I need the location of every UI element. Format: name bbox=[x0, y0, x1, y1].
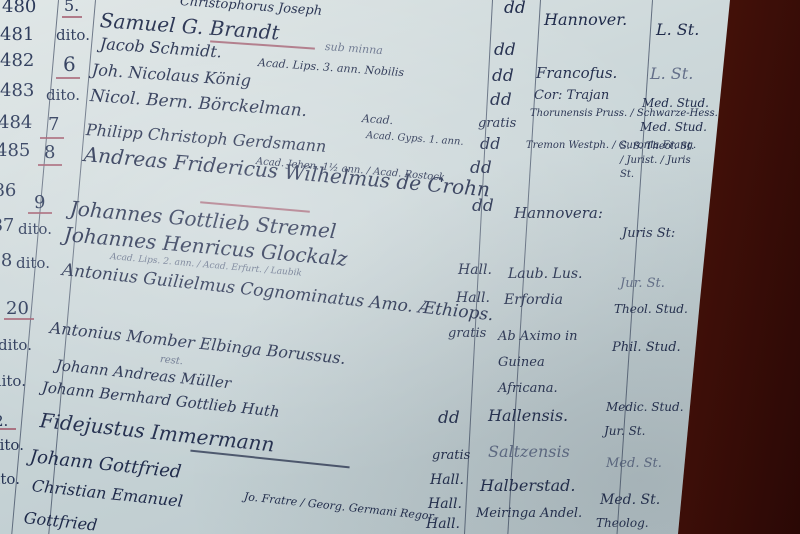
entry-number: 8 bbox=[44, 142, 55, 163]
origin: Halberstad. bbox=[480, 476, 575, 495]
entry-number: 20 bbox=[6, 298, 29, 319]
entry-name: Jacob Schmidt. bbox=[99, 34, 222, 61]
fee-mark: dd bbox=[472, 196, 494, 216]
entry-name: Johann Andreas Müller bbox=[55, 356, 232, 392]
fee-mark: Hall. bbox=[458, 262, 492, 278]
faculty: Jur. St. bbox=[604, 424, 645, 438]
serial-number: 484 bbox=[0, 112, 32, 133]
red-underline bbox=[200, 201, 310, 213]
entry-note: rest. bbox=[159, 354, 183, 367]
faculty: S. S. Theol. St. / Jurist. / Juris St. bbox=[620, 140, 700, 182]
fee-mark: dd bbox=[480, 134, 500, 153]
entry-number: dito. bbox=[46, 86, 80, 104]
entry-name: Gottfried bbox=[23, 508, 98, 534]
serial-number: 481 bbox=[0, 24, 34, 45]
entry-name: Johann Bernhard Gottlieb Huth bbox=[41, 378, 281, 421]
entry-name: Samuel G. Brandt bbox=[99, 8, 280, 44]
red-underline bbox=[56, 77, 80, 79]
entry-number: 6 bbox=[63, 52, 76, 76]
faculty: Med. Stud. bbox=[642, 96, 709, 110]
fee-mark: dd bbox=[490, 90, 512, 110]
faculty: L. St. bbox=[650, 64, 693, 83]
red-underline bbox=[28, 212, 52, 214]
entry-number: dito. bbox=[0, 372, 26, 390]
red-underline bbox=[38, 164, 62, 166]
faculty: Juris St: bbox=[622, 226, 675, 241]
entry-name: Johannes Henricus Glockalz bbox=[63, 222, 349, 271]
entry-note: Acad. Gyps. 1. ann. bbox=[366, 130, 464, 148]
entry-number: dito. bbox=[18, 220, 52, 238]
entry-name: Johannes Gottlieb Stremel bbox=[69, 196, 337, 243]
fee-mark: dd bbox=[492, 66, 514, 86]
origin: Francofus. bbox=[536, 64, 617, 82]
entry-name: Antonius Guilielmus Cognominatus Amo. Æt… bbox=[61, 260, 494, 325]
column-rule-4 bbox=[507, 0, 541, 534]
column-rule-3 bbox=[464, 0, 493, 534]
fee-mark: dd bbox=[470, 158, 492, 178]
entry-name: Antonius Momber Elbinga Borussus. bbox=[49, 318, 347, 368]
fee-mark: Hall. bbox=[430, 472, 464, 488]
serial-number: 486 bbox=[0, 180, 16, 201]
entry-note: Acad. Lips. 2. ann. / Acad. Erfurt. / La… bbox=[110, 252, 303, 279]
faculty: Jur. St. bbox=[620, 276, 665, 291]
origin: Tremon Westph. / Curonia Frang. bbox=[526, 140, 696, 151]
fee-mark: dd bbox=[494, 40, 516, 60]
serial-number: 485 bbox=[0, 140, 30, 161]
fee-mark: Hall. bbox=[428, 496, 462, 512]
entry-number: dito. bbox=[0, 436, 24, 454]
fee-mark: dd bbox=[438, 408, 460, 428]
entry-note: Acad. Jehen. 1½ ann. / Acad. Rostock bbox=[256, 156, 446, 183]
column-rule-1 bbox=[11, 0, 59, 534]
origin: Hannover. bbox=[544, 10, 627, 29]
red-underline bbox=[0, 428, 16, 430]
fee-mark: gratis bbox=[432, 448, 470, 463]
serial-number: 488 bbox=[0, 250, 12, 271]
entry-number: 9 bbox=[34, 192, 45, 213]
fee-mark: dd bbox=[504, 0, 526, 18]
entry-name: Nicol. Bern. Börckelman. bbox=[89, 86, 307, 121]
entry-name: Fidejustus Immermann bbox=[39, 408, 276, 457]
origin: Saltzensis bbox=[488, 442, 570, 461]
entry-number: dito. bbox=[16, 254, 50, 272]
origin: Thorunensis Pruss. / Schwarze-Hess. bbox=[530, 108, 718, 119]
origin: Hallensis. bbox=[488, 406, 568, 425]
entry-number: 7 bbox=[48, 114, 59, 135]
red-underline bbox=[210, 40, 315, 49]
entry-name: Christian Emanuel bbox=[31, 476, 184, 511]
origin: Erfordia bbox=[504, 292, 563, 308]
serial-number: 482 bbox=[0, 50, 34, 71]
ink-underline bbox=[190, 450, 349, 469]
red-underline bbox=[62, 16, 82, 18]
entry-number: dito. bbox=[0, 470, 20, 488]
fee-mark: Hall. bbox=[456, 290, 490, 306]
faculty: Medic. Stud. bbox=[606, 400, 684, 414]
entry-number: 2. bbox=[0, 412, 8, 430]
fee-mark: Hall. bbox=[426, 516, 460, 532]
entry-name: Johann Gottfried bbox=[29, 446, 183, 483]
origin: Cor: Trajan bbox=[534, 88, 609, 103]
faculty: Phil. Stud. bbox=[612, 340, 681, 355]
faculty: Med. Stud. bbox=[640, 120, 707, 134]
entry-name: Andreas Fridericus Wilhelmus de Crohn bbox=[83, 142, 491, 201]
fee-mark: gratis bbox=[448, 326, 486, 341]
serial-number: 487 bbox=[0, 215, 14, 236]
faculty: Med. St. bbox=[600, 492, 660, 508]
serial-number: 483 bbox=[0, 80, 34, 101]
entry-note: Jo. Fratre / Georg. Germani Regor. bbox=[243, 490, 436, 523]
origin: Meiringa Andel. bbox=[476, 506, 582, 521]
entry-number: dito. bbox=[0, 336, 32, 354]
origin: Hannovera: bbox=[514, 204, 603, 222]
register-page: 480 481 482 483 484 485 486 487 488 5. d… bbox=[0, 0, 800, 534]
entry-number: dito. bbox=[56, 26, 90, 44]
column-rule-2 bbox=[48, 0, 96, 534]
entry-number: 5. bbox=[64, 0, 79, 15]
red-underline bbox=[40, 137, 64, 139]
origin: Ab Aximo in Guinea Africana. bbox=[498, 324, 608, 402]
entry-note: Acad. Lips. 3. ann. Nobilis bbox=[258, 56, 405, 79]
column-rule-5 bbox=[616, 0, 653, 534]
faculty: Med. St. bbox=[606, 456, 662, 471]
red-underline bbox=[4, 318, 34, 320]
origin: Laub. Lus. bbox=[508, 266, 582, 282]
entry-name: Philipp Christoph Gerdsmann bbox=[85, 120, 327, 156]
serial-number: 480 bbox=[2, 0, 36, 17]
entry-name: Christophorus Joseph bbox=[179, 0, 322, 19]
faculty: Theol. Stud. bbox=[614, 302, 688, 316]
fee-mark: gratis bbox=[478, 116, 516, 131]
entry-name: Joh. Nicolaus König bbox=[91, 60, 251, 90]
entry-note: Acad. bbox=[362, 112, 394, 127]
entry-note: sub minna bbox=[325, 40, 384, 57]
faculty: Theolog. bbox=[596, 516, 649, 530]
faculty: L. St. bbox=[656, 20, 699, 39]
